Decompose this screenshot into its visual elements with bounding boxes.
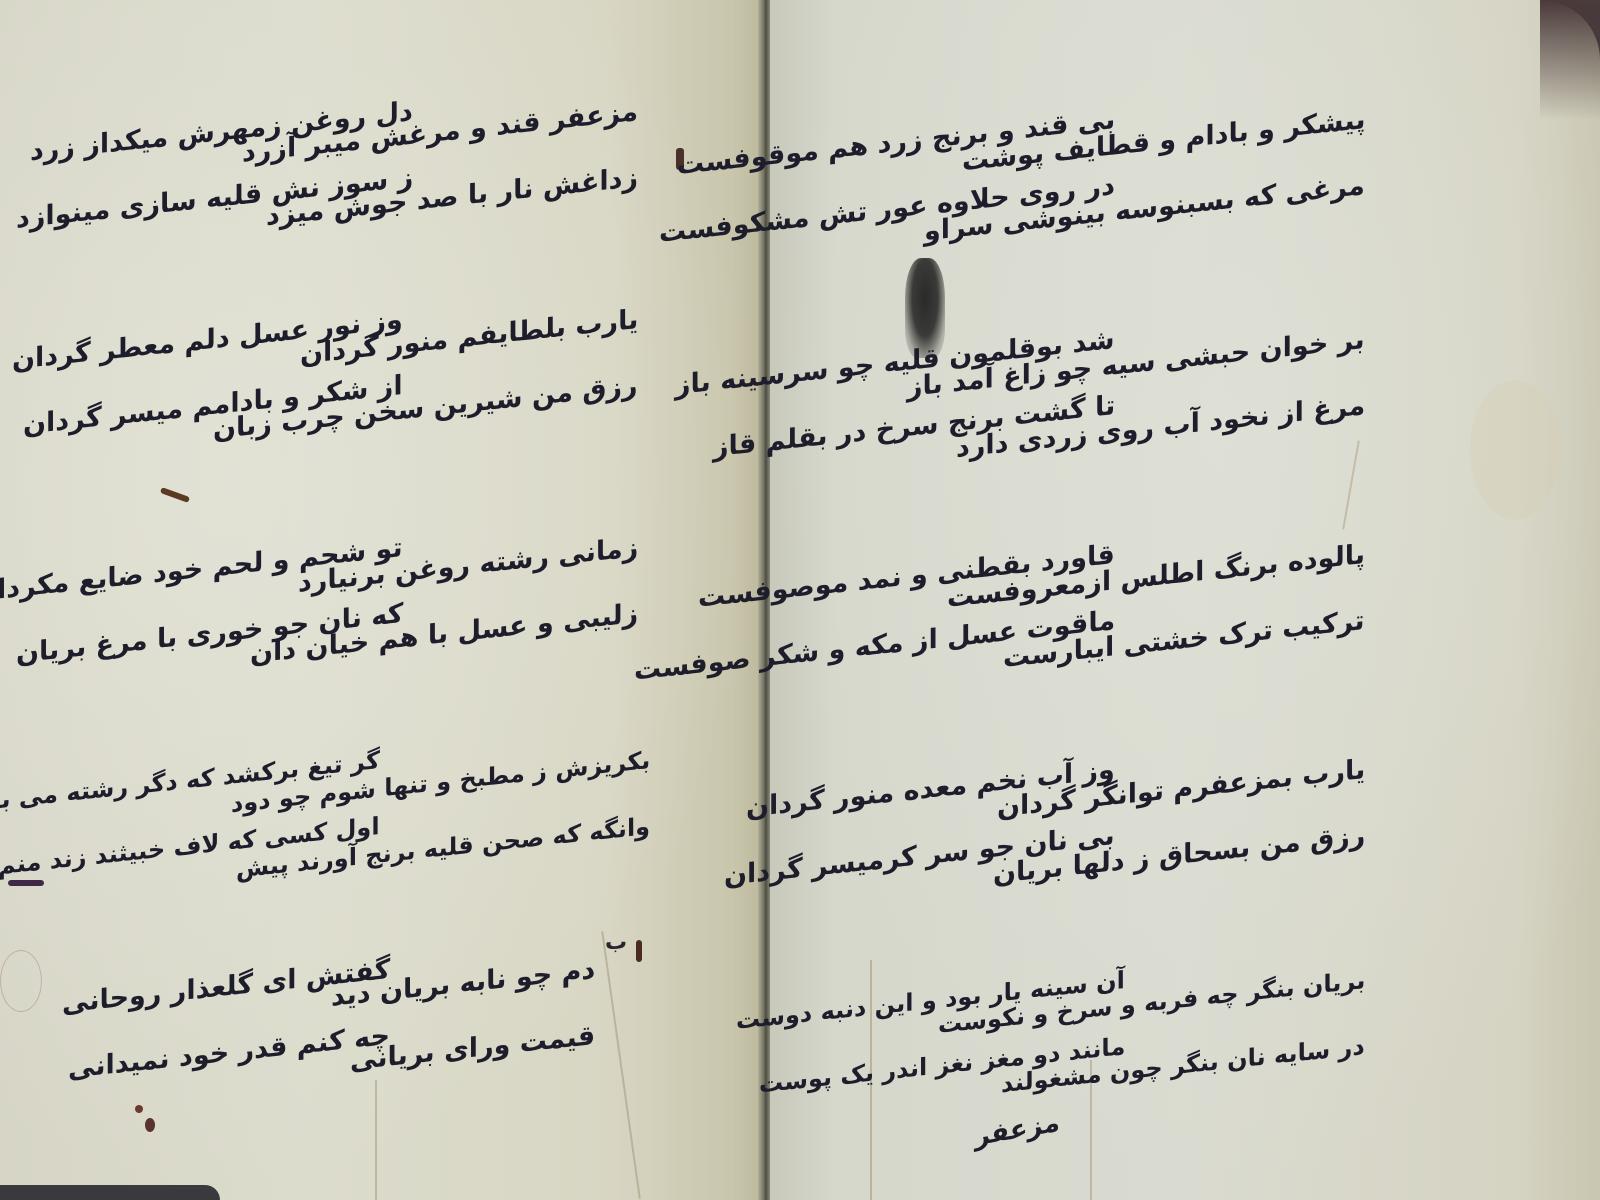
bottom-edge-shadow	[0, 1185, 220, 1200]
verse-line: پیشکر و بادام و قطایف پوشت بی قند و برنج…	[885, 100, 1365, 166]
ink-mark	[636, 940, 642, 962]
ink-dot	[145, 1118, 155, 1132]
paper-crease	[375, 1080, 377, 1200]
verse-line: رزق من بسحاق ز دلها بریان بی نان جو سر ک…	[885, 816, 1365, 882]
ink-mark	[160, 487, 190, 503]
verse-line: مزعفر قند و مرغش میبر آزرد دل روغن زمهرش…	[158, 92, 638, 158]
verse-line: زلیبی و عسل با هم خیان دان که نان جو خور…	[158, 594, 638, 660]
stanza: دم چو نابه بریان دید گفتش ای گلعذار روحا…	[155, 950, 595, 1082]
verse-line: مرغ از نخود آب روی زردی دارد تا گشت برنج…	[885, 386, 1365, 452]
stanza: بر خوان حبشی سیه چو زاغ آمد باز شد بوقلم…	[885, 320, 1365, 452]
stanza: پالوده برنگ اطلس ازمعروفست قاورد بقطنی و…	[885, 535, 1365, 667]
verse-line: زداغش نار با صد جوش میزد ز سوز نش قلیه س…	[158, 158, 638, 224]
verse-line: رزق من شیرین سخن چرب زبان از شکر و بادام…	[158, 366, 638, 432]
verse-line: مرغی که بسبنوسه بینوشی سراو در روی حلاوه…	[885, 166, 1365, 232]
verse-line: بریان بنگر چه فربه و سرخ و نکوست آن سینه…	[885, 960, 1365, 1026]
folio-mark: ب	[605, 930, 627, 955]
verse-line: دم چو نابه بریان دید گفتش ای گلعذار روحا…	[155, 950, 595, 1016]
verse-line: ترکیب ترک خشتی ایبارست ماقوت عسل از مکه …	[885, 601, 1365, 667]
page-corner-shadow	[1540, 0, 1600, 120]
verse-line: یارب بمزعفرم توانگر گردان وز آب نخم معده…	[885, 750, 1365, 816]
verse-line: وانگه که صحن قلیه برنج آورند پیش اول کسی…	[150, 806, 650, 872]
ink-dot	[135, 1105, 143, 1113]
manuscript-spread: ب مزعفر قند و مرغش میبر آزرد دل روغن زمه…	[0, 0, 1600, 1200]
verse-line: بکریزش ز مطبخ و تنها شوم چو دود گر تیغ ب…	[150, 740, 650, 806]
verse-line: یارب بلطایفم منور گردان وز نور عسل دلم م…	[158, 300, 638, 366]
paper-crease	[1342, 441, 1360, 530]
stanza: یارب بلطایفم منور گردان وز نور عسل دلم م…	[158, 300, 638, 432]
stanza: پیشکر و بادام و قطایف پوشت بی قند و برنج…	[885, 100, 1365, 232]
verse-line: در سایه نان بنگر چون مشغولند مانند دو مغ…	[885, 1026, 1365, 1092]
stanza: بکریزش ز مطبخ و تنها شوم چو دود گر تیغ ب…	[150, 740, 650, 872]
paper-crease	[601, 931, 641, 1199]
water-stain	[0, 950, 42, 1012]
stanza: مزعفر قند و مرغش میبر آزرد دل روغن زمهرش…	[158, 92, 638, 224]
verse-line: قیمت ورای بریانی چه کنم قدر خود نمیدانی	[155, 1016, 595, 1082]
stanza: یارب بمزعفرم توانگر گردان وز آب نخم معده…	[885, 750, 1365, 882]
stanza: بریان بنگر چه فربه و سرخ و نکوست آن سینه…	[885, 960, 1365, 1092]
verse-line: زمانی رشته روغن برنیارد تو شحم و لحم خود…	[158, 528, 638, 594]
water-stain	[1470, 380, 1560, 520]
verse-line: بر خوان حبشی سیه چو زاغ آمد باز شد بوقلم…	[885, 320, 1365, 386]
stanza: زمانی رشته روغن برنیارد تو شحم و لحم خود…	[158, 528, 638, 660]
verse-line: پالوده برنگ اطلس ازمعروفست قاورد بقطنی و…	[885, 535, 1365, 601]
